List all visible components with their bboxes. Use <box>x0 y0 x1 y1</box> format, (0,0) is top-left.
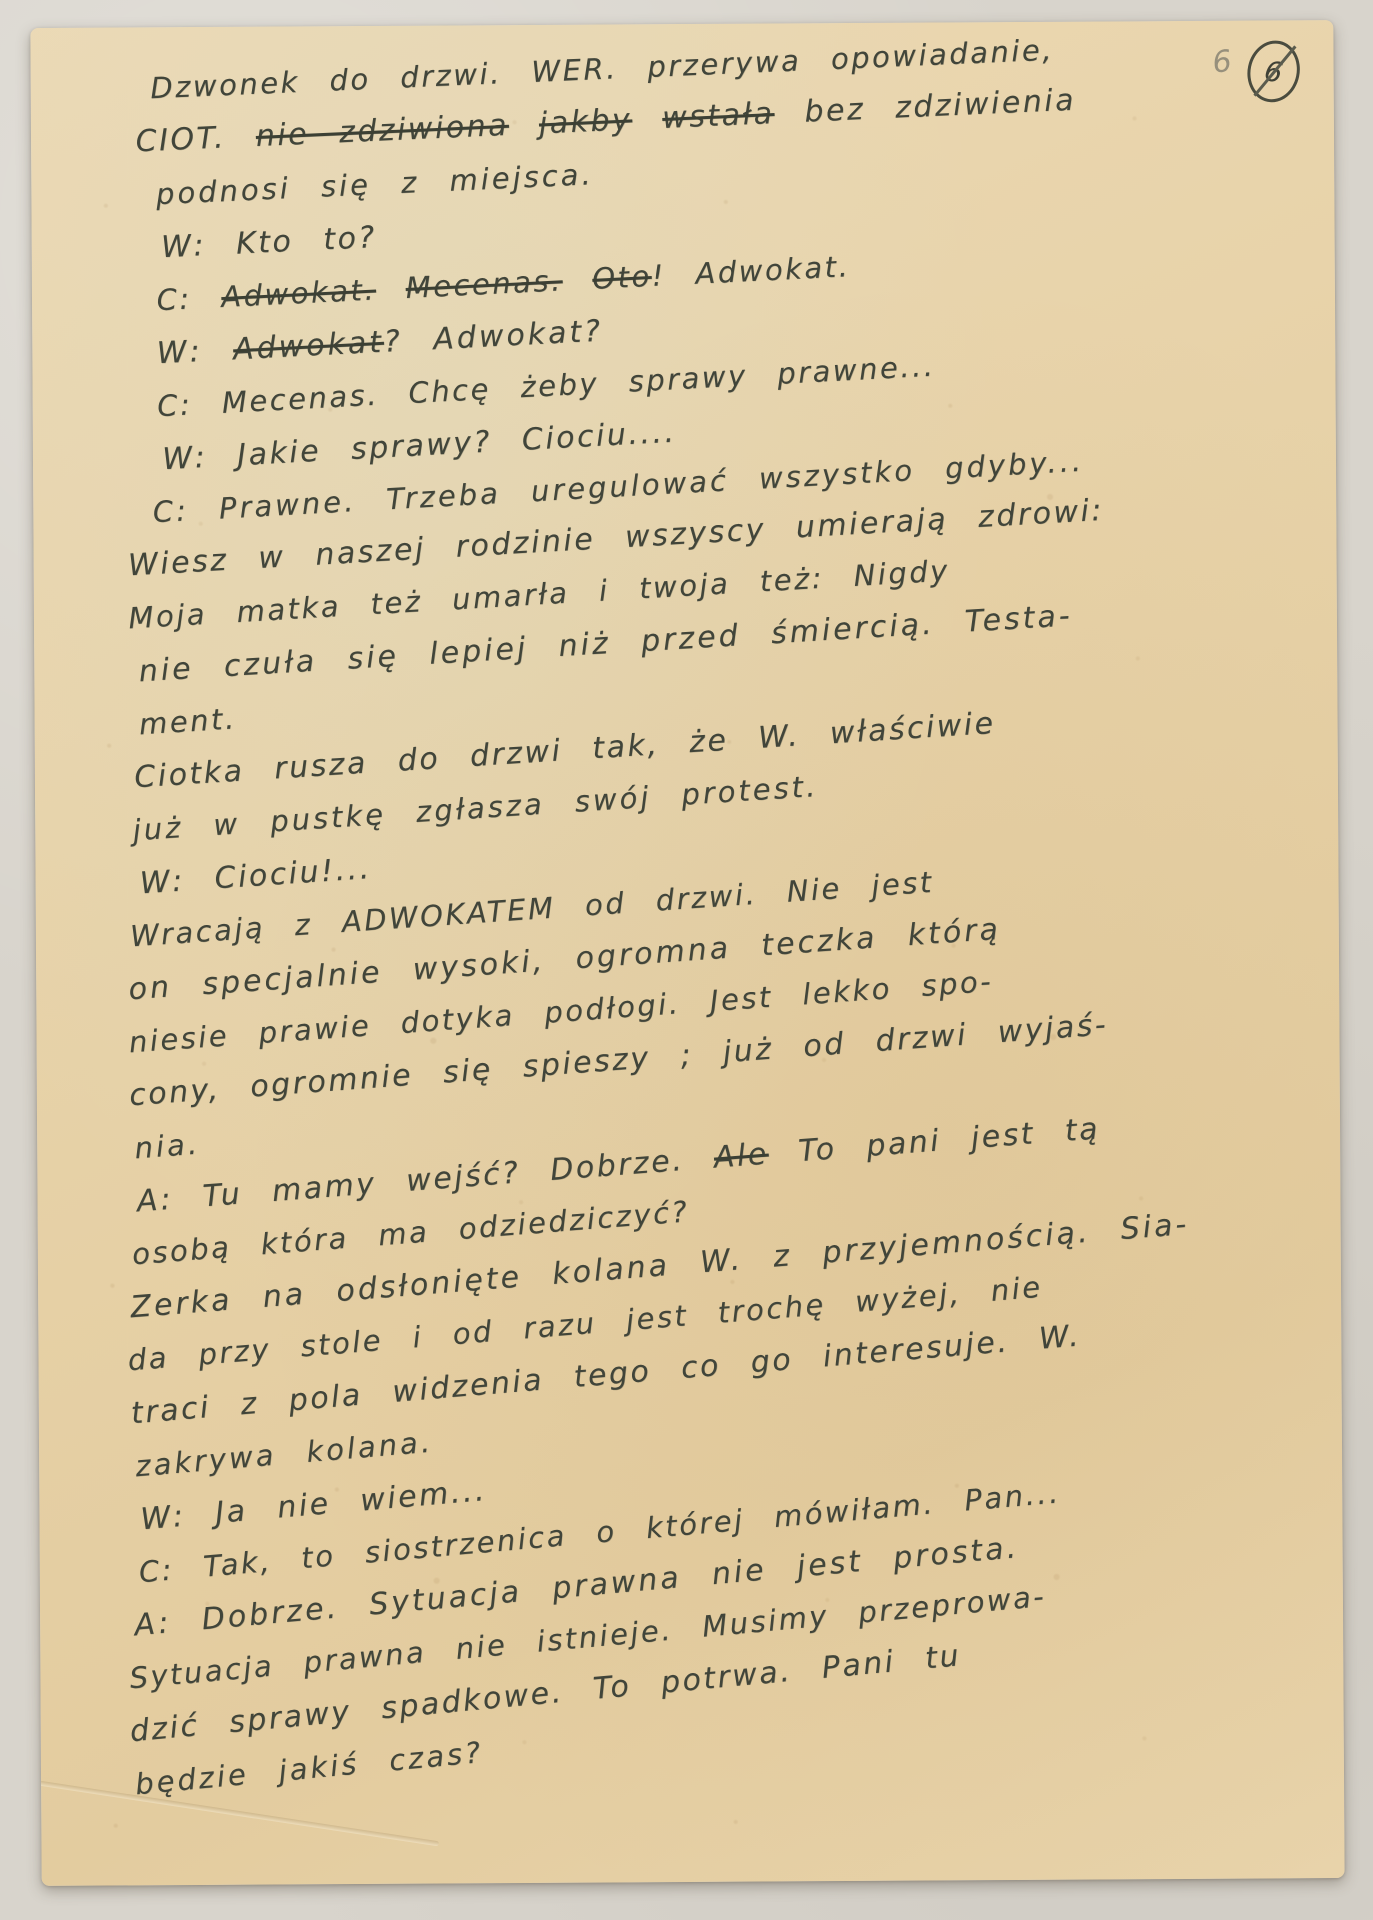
manuscript-page: 6 6 Dzwonek do drzwi. WER. przerywa opow… <box>30 20 1344 1886</box>
handwritten-text <box>562 262 593 297</box>
handwritten-text: nia. <box>133 1127 201 1166</box>
handwritten-text <box>508 106 540 142</box>
struck-text: wstała <box>661 96 775 136</box>
handwritten-text <box>375 271 406 306</box>
struck-text: Oto <box>591 259 652 296</box>
page-number-circled: 6 <box>1242 36 1305 107</box>
handwritten-text: ment. <box>138 701 237 741</box>
page-numbers: 6 6 <box>1212 40 1299 103</box>
handwritten-text: W: <box>156 332 234 371</box>
struck-text: jakby <box>538 102 633 141</box>
handwritten-text-block: Dzwonek do drzwi. WER. przerywa opowiada… <box>31 64 1345 1821</box>
handwritten-text: CIOT. <box>135 119 257 159</box>
handwritten-text <box>631 101 663 137</box>
struck-text: Adwokat <box>232 325 385 368</box>
handwritten-text: C: <box>156 280 222 317</box>
struck-text: Ale <box>713 1136 770 1175</box>
struck-text: Adwokat. <box>220 272 376 314</box>
struck-text: Mecenas. <box>405 263 564 305</box>
page-number-pencil: 6 <box>1211 44 1234 81</box>
